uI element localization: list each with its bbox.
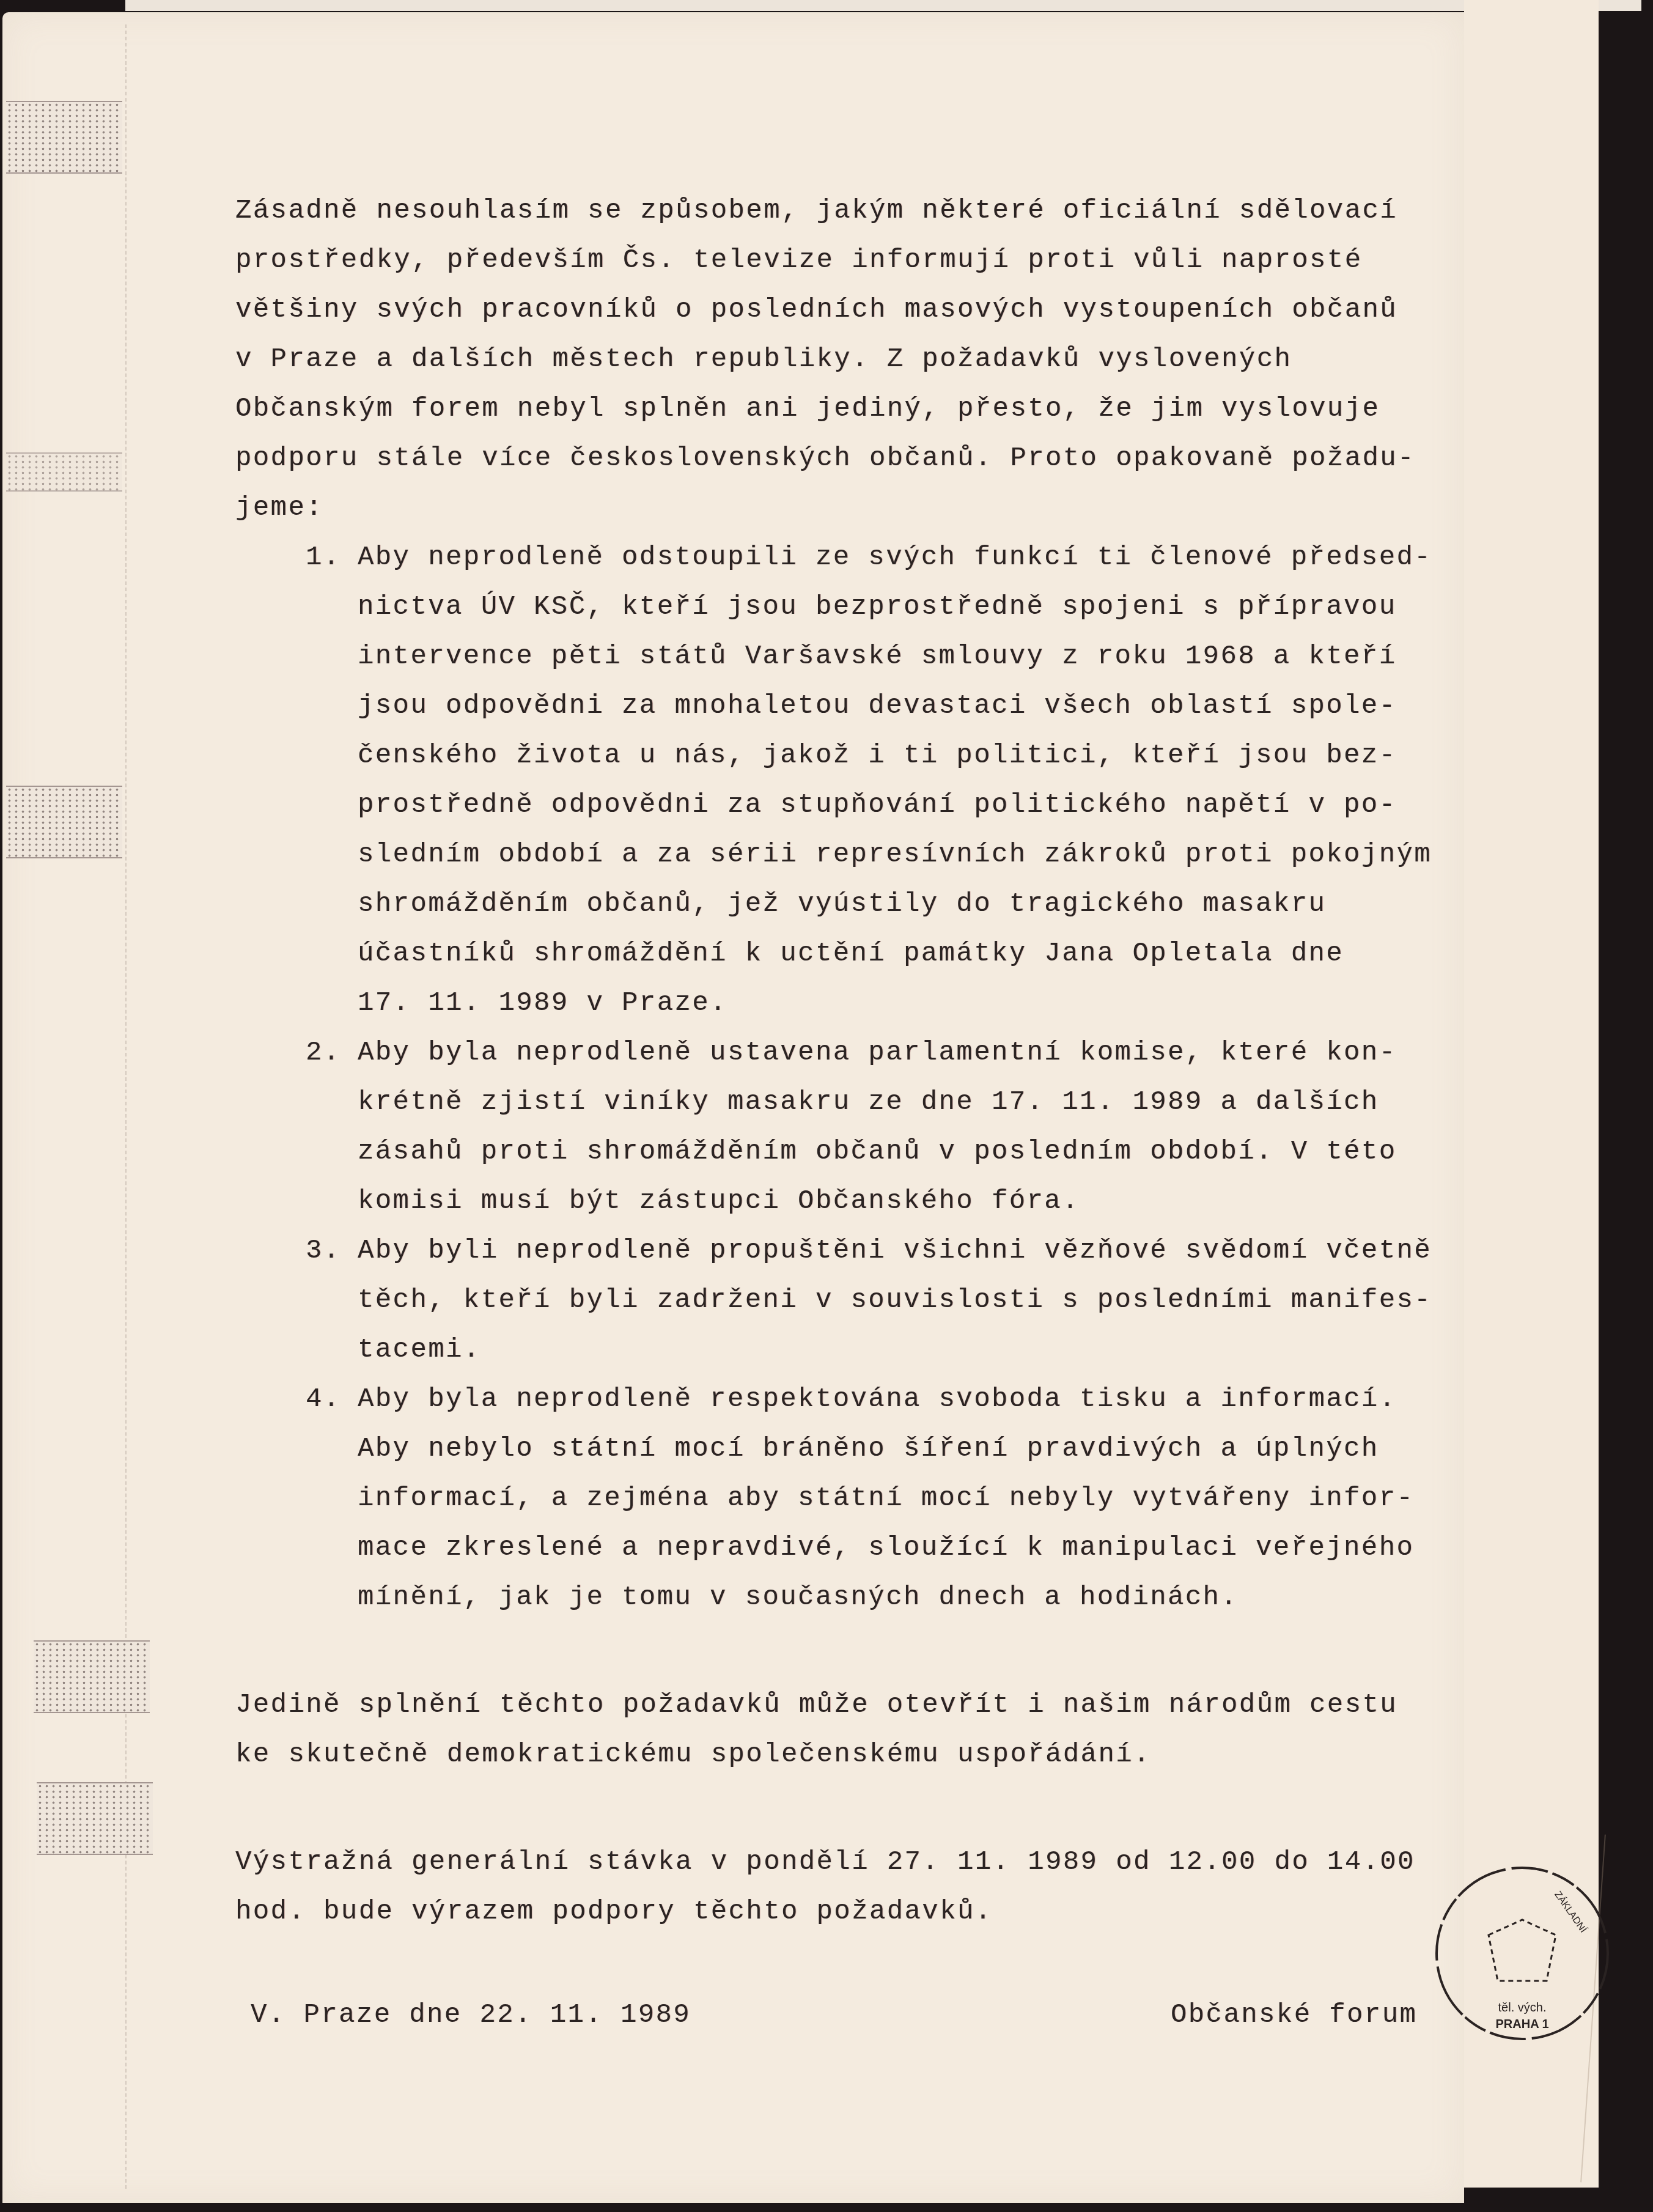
demand-line: Aby nebylo státní mocí bráněno šíření pr… xyxy=(358,1425,1611,1474)
demand-item-2: 2. Aby byla neprodleně ustavena parlamen… xyxy=(235,1028,1611,1226)
binding-tape-patch xyxy=(6,101,122,174)
intro-line: prostředky, především Čs. televize infor… xyxy=(235,236,1611,286)
demand-number: 4. xyxy=(306,1375,341,1425)
intro-line: Zásadně nesouhlasím se způsobem, jakým n… xyxy=(235,186,1611,236)
demand-line: Aby byli neprodleně propuštěni všichni v… xyxy=(358,1226,1611,1276)
demand-line: těch, kteří byli zadrženi v souvislosti … xyxy=(358,1276,1611,1325)
demand-line: mínění, jak je tomu v současných dnech a… xyxy=(358,1573,1611,1623)
demand-item-4: 4. Aby byla neprodleně respektována svob… xyxy=(235,1375,1611,1623)
intro-paragraph: Zásadně nesouhlasím se způsobem, jakým n… xyxy=(235,186,1611,533)
demand-number: 1. xyxy=(306,533,341,583)
binding-tape-patch xyxy=(6,786,122,858)
intro-line: většiny svých pracovníků o posledních ma… xyxy=(235,286,1611,335)
intro-line: v Praze a dalších městech republiky. Z p… xyxy=(235,335,1611,385)
strike-announcement: Výstražná generální stávka v pondělí 27.… xyxy=(235,1838,1611,1937)
demand-line: nictva ÚV KSČ, kteří jsou bezprostředně … xyxy=(358,583,1611,632)
intro-line: jeme: xyxy=(235,484,1611,533)
stamp-text: těl. vých. xyxy=(1498,2001,1547,2015)
demand-line: tacemi. xyxy=(358,1325,1611,1375)
binding-tape-patch xyxy=(6,452,122,492)
binding-tape-patch xyxy=(37,1782,153,1855)
closing-paragraph: Jedině splnění těchto požadavků může ote… xyxy=(235,1681,1611,1780)
intro-line: Občanským forem nebyl splněn ani jediný,… xyxy=(235,385,1611,434)
demand-line: shromážděním občanů, jež vyústily do tra… xyxy=(358,880,1611,929)
closing-line: ke skutečně demokratickému společenskému… xyxy=(235,1730,1611,1780)
demand-line: zásahů proti shromážděním občanů v posle… xyxy=(358,1127,1611,1177)
closing-line: Jedině splnění těchto požadavků může ote… xyxy=(235,1681,1611,1730)
demand-line: krétně zjistí viníky masakru ze dne 17. … xyxy=(358,1078,1611,1127)
demand-line: účastníků shromáždění k uctění památky J… xyxy=(358,929,1611,979)
stamp-text: PRAHA 1 xyxy=(1495,2018,1548,2031)
strike-line: hod. bude výrazem podpory těchto požadav… xyxy=(235,1887,1611,1937)
demand-line: čenského života u nás, jakož i ti politi… xyxy=(358,731,1611,781)
demand-line: mace zkreslené a nepravdivé, sloužící k … xyxy=(358,1524,1611,1573)
binding-tape-patch xyxy=(34,1640,150,1713)
demands-list: 1. Aby neprodleně odstoupili ze svých fu… xyxy=(235,533,1611,1623)
official-round-stamp-icon: těl. vých. PRAHA 1 ZÁKLADNÍ xyxy=(1430,1862,1614,2045)
demand-line: prostředně odpovědni za stupňování polit… xyxy=(358,781,1611,830)
underlying-sheet-edge xyxy=(125,0,1641,11)
demand-line: Aby neprodleně odstoupili ze svých funkc… xyxy=(358,533,1611,583)
demand-line: sledním období a za sérii represívních z… xyxy=(358,830,1611,880)
demand-line: 17. 11. 1989 v Praze. xyxy=(358,979,1611,1028)
demand-line: Aby byla neprodleně ustavena parlamentní… xyxy=(358,1028,1611,1078)
demand-line: Aby byla neprodleně respektována svoboda… xyxy=(358,1375,1611,1425)
demand-line: intervence pěti států Varšavské smlouvy … xyxy=(358,632,1611,682)
demand-number: 3. xyxy=(306,1226,341,1276)
binding-perforation-line xyxy=(125,24,127,2189)
demand-item-1: 1. Aby neprodleně odstoupili ze svých fu… xyxy=(235,533,1611,1028)
demand-item-3: 3. Aby byli neprodleně propuštěni všichn… xyxy=(235,1226,1611,1375)
signoff: V. Praze dne 22. 11. 1989 Občanské forum xyxy=(235,1991,1611,2040)
intro-line: podporu stále více československých obča… xyxy=(235,434,1611,484)
place-and-date: V. Praze dne 22. 11. 1989 xyxy=(251,1991,691,2040)
demand-line: informací, a zejména aby státní mocí neb… xyxy=(358,1474,1611,1524)
demand-line: jsou odpovědni za mnohaletou devastaci v… xyxy=(358,682,1611,731)
signature-organization: Občanské forum xyxy=(1171,1991,1417,2040)
demand-number: 2. xyxy=(306,1028,341,1078)
document-body: Zásadně nesouhlasím se způsobem, jakým n… xyxy=(235,186,1611,2040)
strike-line: Výstražná generální stávka v pondělí 27.… xyxy=(235,1838,1611,1887)
demand-line: komisi musí být zástupci Občanského fóra… xyxy=(358,1177,1611,1226)
